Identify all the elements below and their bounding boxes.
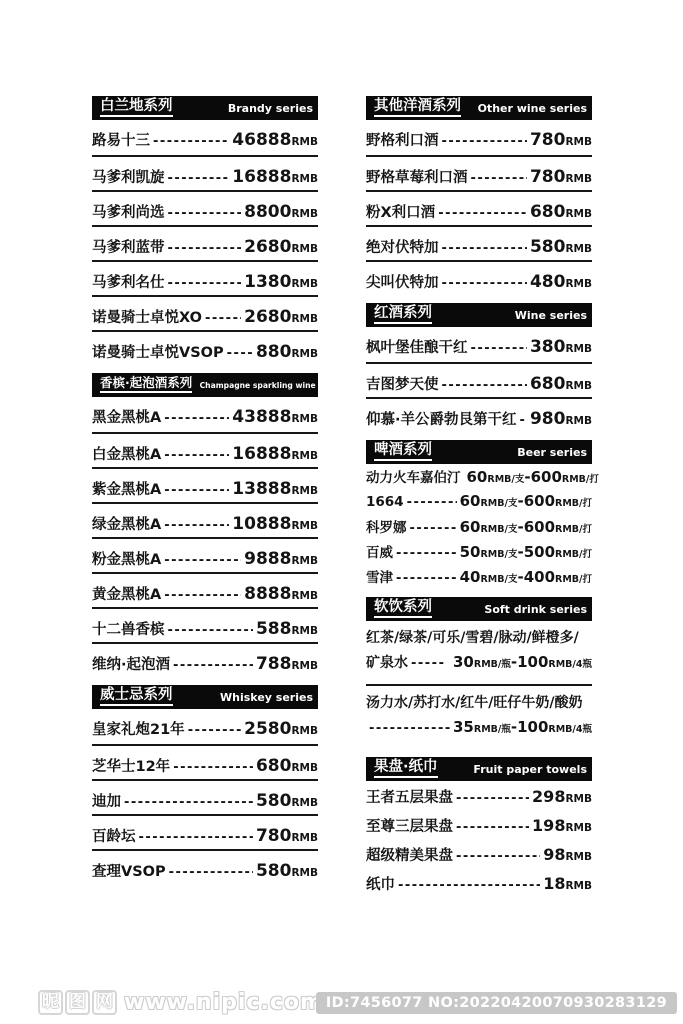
item-price: 43888RMB xyxy=(232,407,318,427)
dash-leader: --------------- xyxy=(168,171,230,186)
section-header: 白兰地系列Brandy series xyxy=(92,96,318,120)
section-title-zh: 威士忌系列 xyxy=(100,688,173,707)
menu: 白兰地系列Brandy series路易十三----------------46… xyxy=(92,96,592,897)
item-name: 芝华士12年 xyxy=(92,755,170,776)
item-price: 380RMB xyxy=(530,337,592,357)
price-unit: RMB xyxy=(565,343,592,355)
price-amount: 13888 xyxy=(232,479,291,499)
item-name: 百龄坛 xyxy=(92,825,136,846)
menu-section: 威士忌系列Whiskey series皇家礼炮21年--------------… xyxy=(92,685,318,884)
price-unit: RMB/打 xyxy=(562,474,599,485)
price-amount: -500 xyxy=(517,543,555,561)
item-price: 2680RMB xyxy=(244,237,318,257)
nipic-watermark: 昵图网 www.nipic.com xyxy=(38,990,324,1015)
price-amount: 2680 xyxy=(244,237,291,257)
dash-leader: -------------------- xyxy=(442,378,527,393)
price-amount: 780 xyxy=(256,826,292,846)
dash-leader: ---------------- xyxy=(188,723,241,738)
price-amount: 50 xyxy=(460,543,481,561)
item-price: 60RMB/支-600RMB/打 xyxy=(460,491,592,510)
price-unit: RMB xyxy=(291,625,318,637)
price-amount: 580 xyxy=(256,791,292,811)
item-price: 680RMB xyxy=(530,374,592,394)
price-unit: RMB xyxy=(291,590,318,602)
price-amount: 60 xyxy=(460,492,481,510)
dash-leader: ------------------ xyxy=(164,411,229,426)
price-unit: RMB xyxy=(291,413,318,425)
item-name: 十二兽香槟 xyxy=(92,618,165,639)
price-unit: RMB xyxy=(565,136,592,148)
price-unit: RMB/支 xyxy=(480,524,517,535)
price-unit: RMB/打 xyxy=(555,498,592,509)
price-unit: RMB xyxy=(291,660,318,672)
price-amount: 588 xyxy=(256,619,292,639)
menu-item-row: 红茶/绿茶/可乐/雪碧/脉动/鲜橙多/矿泉水-----30RMB/瓶-100RM… xyxy=(366,621,592,684)
menu-item-row: 尖叫伏特加---------------------480RMB xyxy=(366,260,592,295)
image-id-badge: ID:7456077 NO:20220420070930283129 xyxy=(316,992,677,1014)
dash-leader: ------------------- xyxy=(164,518,229,533)
menu-item-row: 百威------------50RMB/支-500RMB/打 xyxy=(366,539,592,564)
item-price: 680RMB xyxy=(530,202,592,222)
menu-item-row: 马爹利尚选----------------8800RMB xyxy=(92,190,318,225)
item-price: 198RMB xyxy=(532,816,592,835)
menu-item-row: 马爹利凯旋---------------16888RMB xyxy=(92,155,318,190)
price-amount: -400 xyxy=(517,568,555,586)
section-title-zh: 红酒系列 xyxy=(374,306,432,325)
dash-leader: ---------- xyxy=(227,346,253,361)
price-unit: RMB/瓶 xyxy=(474,659,511,670)
item-name: 动力火车嘉伯汀 xyxy=(366,466,461,486)
section-title-en: Brandy series xyxy=(228,102,313,115)
section-title-en: Wine series xyxy=(515,309,587,322)
price-amount: 40 xyxy=(460,568,481,586)
item-name: 1664 xyxy=(366,494,404,510)
price-amount: 198 xyxy=(532,816,565,835)
nipic-logo: 昵图网 xyxy=(38,990,117,1015)
item-name: 枫叶堡佳酿干红 xyxy=(366,336,468,357)
menu-item-row: 仰慕·羊公爵勃艮第干红--------980RMB xyxy=(366,397,592,432)
item-name: 百威 xyxy=(366,541,393,561)
dash-leader: ------------- xyxy=(369,721,450,736)
menu-item-row: 1664-----------60RMB/支-600RMB/打 xyxy=(366,489,592,514)
section-title-en: Soft drink series xyxy=(484,603,587,616)
item-name: 皇家礼炮21年 xyxy=(92,718,185,739)
price-amount: 788 xyxy=(256,654,292,674)
price-unit: RMB xyxy=(291,762,318,774)
dash-leader: ------------------- xyxy=(164,483,229,498)
menu-item-row: 粉X利口酒--------------------680RMB xyxy=(366,190,592,225)
price-amount: 8888 xyxy=(244,584,291,604)
dash-leader: ---------------- xyxy=(471,341,527,356)
price-unit: RMB xyxy=(565,243,592,255)
price-amount: 580 xyxy=(256,861,292,881)
price-amount: -600 xyxy=(524,468,562,486)
menu-item-row: 紫金黑桃A-------------------13888RMB xyxy=(92,467,318,502)
item-price: 8800RMB xyxy=(244,202,318,222)
price-amount: 480 xyxy=(530,272,566,292)
item-price: 298RMB xyxy=(532,787,592,806)
item-price: 1380RMB xyxy=(244,272,318,292)
price-unit: RMB xyxy=(565,173,592,185)
item-price: 46888RMB xyxy=(232,130,318,150)
item-price: 40RMB/支-400RMB/打 xyxy=(460,567,592,586)
price-unit: RMB/支 xyxy=(487,474,524,485)
dash-leader: -------------------- xyxy=(456,849,540,864)
price-amount: -600 xyxy=(517,492,555,510)
item-price: 780RMB xyxy=(530,167,592,187)
dash-leader: -------------------- xyxy=(442,134,527,149)
item-name: 黄金黑桃A xyxy=(92,583,161,604)
menu-section: 啤酒系列Beer series动力火车嘉伯汀-60RMB/支-600RMB/打1… xyxy=(366,440,592,589)
price-unit: RMB/支 xyxy=(480,549,517,560)
dash-leader: ---------------------- xyxy=(442,241,527,256)
section-header: 啤酒系列Beer series xyxy=(366,440,592,464)
item-price: 16888RMB xyxy=(232,167,318,187)
item-price: 60RMB/支-600RMB/打 xyxy=(460,517,592,536)
dash-leader: ----------------------------- xyxy=(398,878,540,893)
price-unit: RMB/4瓶 xyxy=(548,724,592,735)
item-price: 780RMB xyxy=(530,130,592,150)
item-price: 588RMB xyxy=(256,619,318,639)
menu-section: 白兰地系列Brandy series路易十三----------------46… xyxy=(92,96,318,365)
price-unit: RMB xyxy=(291,725,318,737)
price-unit: RMB xyxy=(291,348,318,360)
dash-leader: -------------------- xyxy=(169,865,253,880)
item-price: 13888RMB xyxy=(232,479,318,499)
menu-item-row: 超级精美果盘--------------------98RMB xyxy=(366,839,592,868)
item-price: 580RMB xyxy=(256,861,318,881)
section-header: 香槟·起泡酒系列Champagne sparkling wine series xyxy=(92,373,318,397)
menu-item-row: 纸巾-----------------------------18RMB xyxy=(366,868,592,897)
section-header: 其他洋酒系列Other wine series xyxy=(366,96,592,120)
item-name: 超级精美果盘 xyxy=(366,844,453,865)
menu-column-left: 白兰地系列Brandy series路易十三----------------46… xyxy=(92,96,318,897)
price-amount: 680 xyxy=(256,756,292,776)
menu-item-row: 白金黑桃A-------------------16888RMB xyxy=(92,432,318,467)
item-price: 60RMB/支-600RMB/打 xyxy=(467,467,599,486)
item-name: 绝对伏特加 xyxy=(366,236,439,257)
price-amount: 1380 xyxy=(244,272,291,292)
section-title-en: Champagne sparkling wine series xyxy=(200,381,344,390)
price-unit: RMB xyxy=(565,880,592,892)
price-amount: -100 xyxy=(511,718,549,736)
item-name: 马爹利名仕 xyxy=(92,271,165,292)
dash-leader: ---------- xyxy=(410,521,457,536)
item-name: 马爹利尚选 xyxy=(92,201,165,222)
item-name: 雪津 xyxy=(366,566,393,586)
item-price: 880RMB xyxy=(256,342,318,362)
item-price: 98RMB xyxy=(543,845,592,864)
dash-leader: -------------------- xyxy=(164,588,241,603)
item-price: 8888RMB xyxy=(244,584,318,604)
dash-leader: ------------------- xyxy=(456,791,529,806)
price-unit: RMB xyxy=(291,450,318,462)
price-unit: RMB xyxy=(291,867,318,879)
section-title-en: Fruit paper towels xyxy=(473,763,587,776)
dash-leader: ---------------------- xyxy=(173,658,253,673)
menu-item-row: 十二兽香槟--------------------588RMB xyxy=(92,607,318,642)
item-price: 580RMB xyxy=(530,237,592,257)
menu-item-row: 黑金黑桃A------------------43888RMB xyxy=(92,397,318,432)
item-price: 10888RMB xyxy=(232,514,318,534)
price-amount: 16888 xyxy=(232,444,291,464)
item-name: 红茶/绿茶/可乐/雪碧/脉动/鲜橙多/ xyxy=(366,624,592,652)
section-header: 红酒系列Wine series xyxy=(366,303,592,327)
price-unit: RMB xyxy=(565,208,592,220)
dash-leader: ------------------- xyxy=(164,553,241,568)
menu-item-row: 绿金黑桃A-------------------10888RMB xyxy=(92,502,318,537)
price-amount: 35 xyxy=(453,718,474,736)
price-unit: RMB xyxy=(291,136,318,148)
price-unit: RMB xyxy=(291,797,318,809)
price-amount: 980 xyxy=(530,409,566,429)
menu-item-row: 雪津-----------40RMB/支-400RMB/打 xyxy=(366,564,592,589)
section-title-zh: 果盘·纸巾 xyxy=(374,760,438,779)
menu-column-right: 其他洋酒系列Other wine series野格利口酒------------… xyxy=(366,96,592,897)
dash-leader: -------------------------- xyxy=(139,830,253,845)
item-price: 580RMB xyxy=(256,791,318,811)
item-name: 诺曼骑士卓悦XO xyxy=(92,306,202,327)
price-amount: 18 xyxy=(543,874,565,893)
price-unit: RMB/打 xyxy=(555,524,592,535)
nipic-logo-char: 网 xyxy=(92,990,117,1015)
price-unit: RMB xyxy=(565,822,592,834)
menu-section: 香槟·起泡酒系列Champagne sparkling wine series黑… xyxy=(92,373,318,677)
item-name: 查理VSOP xyxy=(92,860,166,881)
nipic-url: www.nipic.com xyxy=(124,990,324,1015)
nipic-logo-char: 图 xyxy=(65,990,90,1015)
menu-section: 果盘·纸巾Fruit paper towels王者五层果盘-----------… xyxy=(366,757,592,897)
dash-leader: ------------------- xyxy=(164,448,229,463)
menu-section: 软饮系列Soft drink series红茶/绿茶/可乐/雪碧/脉动/鲜橙多/… xyxy=(366,597,592,749)
price-amount: 380 xyxy=(530,337,566,357)
menu-item-row: 绝对伏特加----------------------580RMB xyxy=(366,225,592,260)
dash-leader: ---------------------------- xyxy=(124,795,253,810)
price-amount: 60 xyxy=(460,518,481,536)
dash-leader: ----- xyxy=(411,656,450,671)
dash-leader: ------------ xyxy=(205,311,241,326)
menu-item-row: 百龄坛--------------------------780RMB xyxy=(92,814,318,849)
price-unit: RMB xyxy=(291,832,318,844)
dash-leader: ---------------- xyxy=(153,134,229,149)
item-name: 科罗娜 xyxy=(366,516,407,536)
menu-item-row: 路易十三----------------46888RMB xyxy=(92,120,318,155)
section-header: 威士忌系列Whiskey series xyxy=(92,685,318,709)
dash-leader: -------------------- xyxy=(456,820,529,835)
item-name: 野格草莓利口酒 xyxy=(366,166,468,187)
menu-item-row: 至尊三层果盘--------------------198RMB xyxy=(366,810,592,839)
dash-leader: -------------------- xyxy=(438,206,527,221)
price-amount: 298 xyxy=(532,787,565,806)
section-title-zh: 白兰地系列 xyxy=(100,99,173,118)
price-amount: 46888 xyxy=(232,130,291,150)
price-amount: 680 xyxy=(530,202,566,222)
menu-item-row: 马爹利名仕-----------------1380RMB xyxy=(92,260,318,295)
menu-item-row: 科罗娜----------60RMB/支-600RMB/打 xyxy=(366,514,592,539)
menu-item-row: 粉金黑桃A-------------------9888RMB xyxy=(92,537,318,572)
menu-item-row: 吉图梦天使--------------------680RMB xyxy=(366,362,592,397)
price-unit: RMB xyxy=(565,851,592,863)
item-price: 2680RMB xyxy=(244,307,318,327)
menu-item-row: 枫叶堡佳酿干红----------------380RMB xyxy=(366,327,592,362)
menu-item-row: 汤力水/苏打水/红牛/旺仔牛奶/酸奶-------------35RMB/瓶-1… xyxy=(366,684,592,749)
price-unit: RMB/支 xyxy=(480,498,517,509)
dash-leader: ---------------- xyxy=(168,206,242,221)
dash-leader: ----------------- xyxy=(168,241,242,256)
dash-leader: -------------------- xyxy=(173,760,253,775)
price-amount: 30 xyxy=(453,653,474,671)
section-header: 果盘·纸巾Fruit paper towels xyxy=(366,757,592,781)
price-unit: RMB xyxy=(565,793,592,805)
price-amount: 2680 xyxy=(244,307,291,327)
item-name: 粉X利口酒 xyxy=(366,201,435,222)
price-unit: RMB xyxy=(291,243,318,255)
item-name: 王者五层果盘 xyxy=(366,786,453,807)
price-amount: 780 xyxy=(530,130,566,150)
price-amount: 880 xyxy=(256,342,292,362)
price-amount: 98 xyxy=(543,845,565,864)
dash-leader: ----------- xyxy=(407,495,457,510)
item-name: 尖叫伏特加 xyxy=(366,271,439,292)
item-name: 路易十三 xyxy=(92,129,150,150)
price-amount: 10888 xyxy=(232,514,291,534)
dash-leader: -------------------- xyxy=(168,623,253,638)
section-title-en: Whiskey series xyxy=(220,691,313,704)
price-amount: -600 xyxy=(517,518,555,536)
price-unit: RMB xyxy=(291,208,318,220)
menu-item-row: 皇家礼炮21年----------------2580RMB xyxy=(92,709,318,744)
section-title-zh: 香槟·起泡酒系列 xyxy=(100,377,192,394)
dash-leader: ----------------- xyxy=(168,276,242,291)
item-name: 粉金黑桃A xyxy=(92,548,161,569)
section-header: 软饮系列Soft drink series xyxy=(366,597,592,621)
item-name: 仰慕·羊公爵勃艮第干红 xyxy=(366,408,517,429)
price-amount: 8800 xyxy=(244,202,291,222)
item-name: 吉图梦天使 xyxy=(366,373,439,394)
price-unit: RMB xyxy=(565,380,592,392)
price-unit: RMB/打 xyxy=(555,574,592,585)
section-title-en: Beer series xyxy=(517,446,587,459)
price-unit: RMB/瓶 xyxy=(474,724,511,735)
menu-item-row: 动力火车嘉伯汀-60RMB/支-600RMB/打 xyxy=(366,464,592,489)
item-name: 迪加 xyxy=(92,790,121,811)
dash-leader: ---------------- xyxy=(471,171,527,186)
price-unit: RMB xyxy=(291,313,318,325)
item-price: 480RMB xyxy=(530,272,592,292)
menu-item-row: 芝华士12年--------------------680RMB xyxy=(92,744,318,779)
menu-item-row: 野格利口酒--------------------780RMB xyxy=(366,120,592,155)
menu-item-row: 王者五层果盘-------------------298RMB xyxy=(366,781,592,810)
dash-leader: -------- xyxy=(520,413,527,428)
dash-leader: ----------- xyxy=(396,571,457,586)
item-name: 黑金黑桃A xyxy=(92,406,161,427)
item-price: 16888RMB xyxy=(232,444,318,464)
price-amount: 43888 xyxy=(232,407,291,427)
menu-section: 红酒系列Wine series枫叶堡佳酿干红----------------38… xyxy=(366,303,592,432)
menu-item-row: 黄金黑桃A--------------------8888RMB xyxy=(92,572,318,607)
item-price: 30RMB/瓶-100RMB/4瓶 xyxy=(453,652,592,671)
dash-leader: ------------ xyxy=(396,546,457,561)
item-price: 9888RMB xyxy=(244,549,318,569)
item-name: 纸巾 xyxy=(366,873,395,894)
nipic-logo-char: 昵 xyxy=(38,990,63,1015)
section-title-en: Other wine series xyxy=(478,102,587,115)
item-price: 50RMB/支-500RMB/打 xyxy=(460,542,592,561)
price-unit: RMB xyxy=(565,278,592,290)
item-name: 诺曼骑士卓悦VSOP xyxy=(92,341,224,362)
menu-item-row: 野格草莓利口酒----------------780RMB xyxy=(366,155,592,190)
price-amount: 580 xyxy=(530,237,566,257)
menu-item-row: 诺曼骑士卓悦VSOP----------880RMB xyxy=(92,330,318,365)
price-unit: RMB xyxy=(565,415,592,427)
item-name: 汤力水/苏打水/红牛/旺仔牛奶/酸奶 xyxy=(366,689,592,717)
price-amount: 9888 xyxy=(244,549,291,569)
item-name: 白金黑桃A xyxy=(92,443,161,464)
price-amount: -100 xyxy=(511,653,549,671)
item-price: 18RMB xyxy=(543,874,592,893)
price-unit: RMB/4瓶 xyxy=(548,659,592,670)
item-price: 780RMB xyxy=(256,826,318,846)
section-title-zh: 其他洋酒系列 xyxy=(374,99,461,118)
price-amount: 780 xyxy=(530,167,566,187)
menu-item-row: 迪加----------------------------580RMB xyxy=(92,779,318,814)
price-unit: RMB/打 xyxy=(555,549,592,560)
item-price: 980RMB xyxy=(530,409,592,429)
item-price: 35RMB/瓶-100RMB/4瓶 xyxy=(453,717,592,736)
item-name: 野格利口酒 xyxy=(366,129,439,150)
price-amount: 680 xyxy=(530,374,566,394)
menu-item-row: 马爹利蓝带-----------------2680RMB xyxy=(92,225,318,260)
price-amount: 60 xyxy=(467,468,488,486)
price-unit: RMB xyxy=(291,485,318,497)
price-unit: RMB xyxy=(291,555,318,567)
item-name: 维纳·起泡酒 xyxy=(92,653,170,674)
item-price: 788RMB xyxy=(256,654,318,674)
item-name: 绿金黑桃A xyxy=(92,513,161,534)
item-name: 马爹利蓝带 xyxy=(92,236,165,257)
section-title-zh: 啤酒系列 xyxy=(374,443,432,462)
dash-leader: --------------------- xyxy=(442,276,527,291)
menu-item-row: 诺曼骑士卓悦XO------------2680RMB xyxy=(92,295,318,330)
item-price: 680RMB xyxy=(256,756,318,776)
price-unit: RMB xyxy=(291,173,318,185)
price-unit: RMB xyxy=(291,278,318,290)
price-unit: RMB xyxy=(291,520,318,532)
menu-item-row: 维纳·起泡酒----------------------788RMB xyxy=(92,642,318,677)
menu-item-row: 查理VSOP--------------------580RMB xyxy=(92,849,318,884)
item-price: 2580RMB xyxy=(244,719,318,739)
item-name: 紫金黑桃A xyxy=(92,478,161,499)
item-name: 至尊三层果盘 xyxy=(366,815,453,836)
item-name: 马爹利凯旋 xyxy=(92,166,165,187)
price-unit: RMB/支 xyxy=(480,574,517,585)
price-amount: 2580 xyxy=(244,719,291,739)
watermark-bar: 昵图网 www.nipic.com ID:7456077 NO:20220420… xyxy=(0,984,683,1024)
menu-section: 其他洋酒系列Other wine series野格利口酒------------… xyxy=(366,96,592,295)
section-title-zh: 软饮系列 xyxy=(374,600,432,619)
item-name: 矿泉水 xyxy=(366,652,408,672)
price-amount: 16888 xyxy=(232,167,291,187)
